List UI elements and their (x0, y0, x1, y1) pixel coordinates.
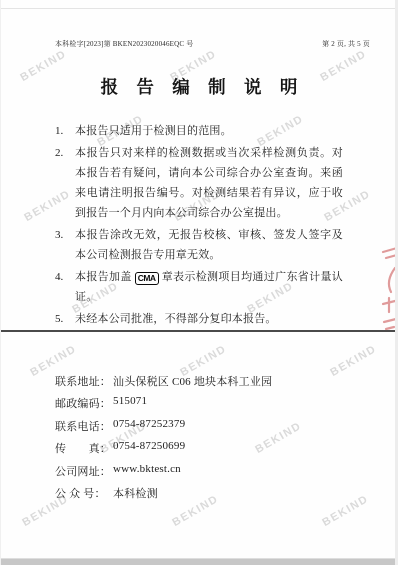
contact-value: 0754-87250699 (113, 440, 355, 462)
contact-row-phone: 联系电话： 0754-87252379 (55, 418, 355, 440)
note-text: 本报告只适用于检测目的范围。 (75, 121, 343, 141)
contact-label: 公司网址： (55, 463, 113, 485)
contact-value: 汕头保税区 C06 地块本科工业园 (113, 373, 355, 395)
contact-value: www.bktest.cn (113, 463, 355, 485)
note-item: 3. 本报告涂改无效，无报告校核、审核、签发人签字及本公司检测报告专用章无效。 (55, 225, 343, 265)
contact-block: 联系地址： 汕头保税区 C06 地块本科工业园 邮政编码： 515071 联系电… (55, 373, 355, 507)
report-number: 本科检字[2023]第 BKEN2023020046EQC 号 (55, 39, 193, 49)
scan-edge-top (0, 8, 398, 9)
contact-value: 0754-87252379 (113, 418, 355, 440)
note-number: 2. (55, 143, 75, 223)
contact-value: 515071 (113, 395, 355, 417)
note-text: 本报告只对来样的检测数据或当次采样检测负责。对本报告若有疑问，请向本公司综合办公… (75, 143, 343, 223)
scanned-report-page: BEKIND BEKIND BEKIND BEKIND BEKIND BEKIN… (0, 0, 398, 565)
contact-row-website: 公司网址： www.bktest.cn (55, 463, 355, 485)
page-header: 本科检字[2023]第 BKEN2023020046EQC 号 第 2 页, 共… (55, 39, 370, 49)
note-text: 本报告涂改无效，无报告校核、审核、签发人签字及本公司检测报告专用章无效。 (75, 225, 343, 265)
scan-edge-left (0, 0, 1, 565)
note-item: 1. 本报告只适用于检测目的范围。 (55, 121, 343, 141)
contact-row-address: 联系地址： 汕头保税区 C06 地块本科工业园 (55, 373, 355, 395)
contact-label: 联系地址： (55, 373, 113, 395)
page-indicator: 第 2 页, 共 5 页 (322, 39, 370, 49)
notes-list: 1. 本报告只适用于检测目的范围。 2. 本报告只对来样的检测数据或当次采样检测… (55, 121, 343, 331)
section-divider (0, 330, 398, 332)
note-item: 5. 未经本公司批准，不得部分复印本报告。 (55, 309, 343, 329)
contact-value: 本科检测 (113, 485, 355, 507)
contact-row-wechat: 公 众 号： 本科检测 (55, 485, 355, 507)
note-text-before-badge: 本报告加盖 (75, 271, 132, 283)
note-number: 3. (55, 225, 75, 265)
note-item: 4. 本报告加盖CMA章表示检测项目均通过广东省计量认证。 (55, 267, 343, 307)
note-item: 2. 本报告只对来样的检测数据或当次采样检测负责。对本报告若有疑问，请向本公司综… (55, 143, 343, 223)
contact-label: 公 众 号： (55, 485, 113, 507)
scan-edge-bottom (0, 558, 398, 565)
contact-label: 邮政编码： (55, 395, 113, 417)
page-title: 报 告 编 制 说 明 (0, 74, 398, 99)
contact-label: 联系电话： (55, 418, 113, 440)
note-text: 未经本公司批准，不得部分复印本报告。 (75, 309, 343, 329)
note-number: 5. (55, 309, 75, 329)
cma-accreditation-badge: CMA (135, 272, 159, 285)
note-number: 1. (55, 121, 75, 141)
contact-row-postcode: 邮政编码： 515071 (55, 395, 355, 417)
note-number: 4. (55, 267, 75, 307)
contact-label: 传 真： (55, 440, 113, 462)
note-text: 本报告加盖CMA章表示检测项目均通过广东省计量认证。 (75, 267, 343, 307)
contact-row-fax: 传 真： 0754-87250699 (55, 440, 355, 462)
